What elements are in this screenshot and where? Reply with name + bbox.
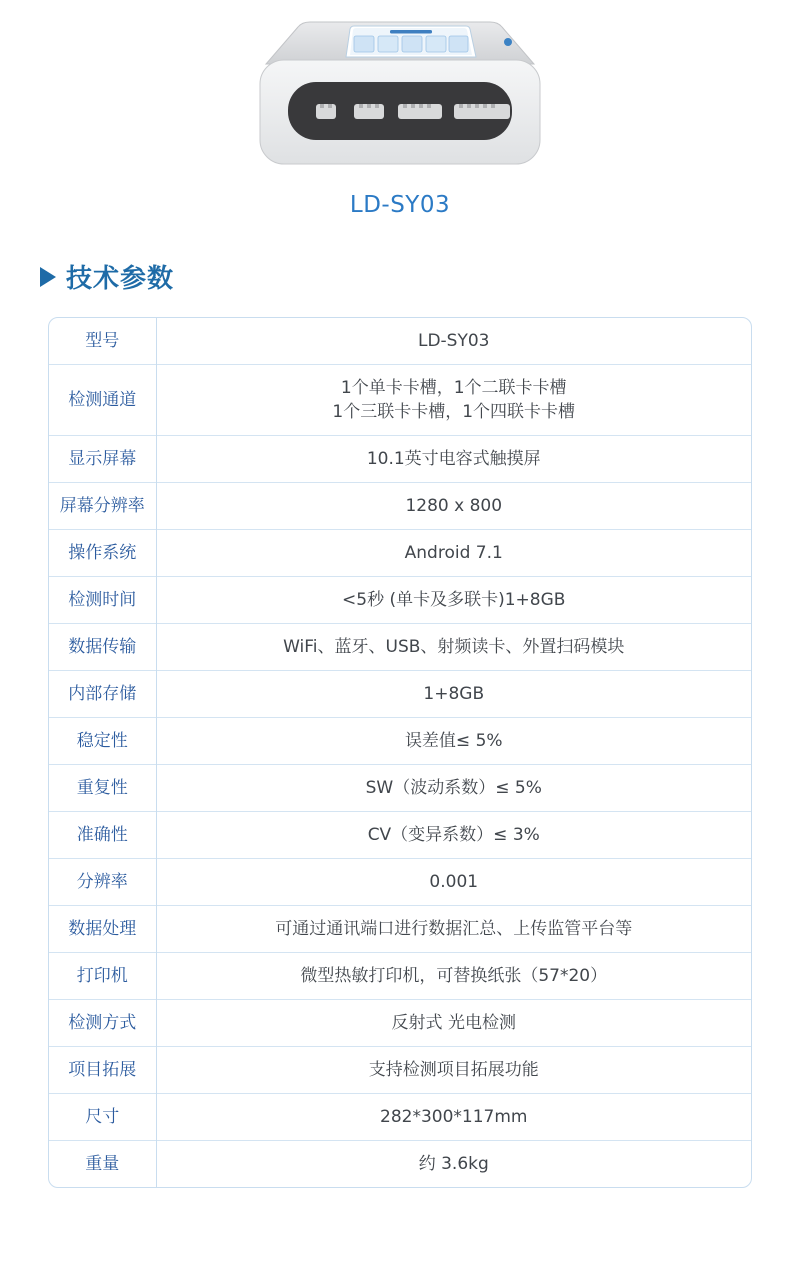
section-title: 技术参数 xyxy=(66,258,174,295)
spec-value: 10.1英寸电容式触摸屏 xyxy=(156,436,751,483)
spec-value: 1个单卡卡槽，1个二联卡卡槽 1个三联卡卡槽，1个四联卡卡槽 xyxy=(156,365,751,436)
table-row: 尺寸 282*300*117mm xyxy=(49,1094,751,1141)
table-row: 稳定性 误差值≤ 5% xyxy=(49,718,751,765)
spec-value: 0.001 xyxy=(156,859,751,906)
spec-label: 重量 xyxy=(49,1141,156,1188)
spec-value: LD-SY03 xyxy=(156,318,751,365)
spec-value: 282*300*117mm xyxy=(156,1094,751,1141)
spec-table-container: 型号 LD-SY03 检测通道 1个单卡卡槽，1个二联卡卡槽 1个三联卡卡槽，1… xyxy=(48,317,752,1188)
table-row: 操作系统 Android 7.1 xyxy=(49,530,751,577)
table-row: 准确性 CV（变异系数）≤ 3% xyxy=(49,812,751,859)
model-caption: LD-SY03 xyxy=(0,192,800,218)
spec-value: 可通过通讯端口进行数据汇总、上传监管平台等 xyxy=(156,906,751,953)
spec-value: 1280 x 800 xyxy=(156,483,751,530)
spec-value: SW（波动系数）≤ 5% xyxy=(156,765,751,812)
table-row: 检测方式 反射式 光电检测 xyxy=(49,1000,751,1047)
table-row: 项目拓展 支持检测项目拓展功能 xyxy=(49,1047,751,1094)
table-row: 打印机 微型热敏打印机，可替换纸张（57*20） xyxy=(49,953,751,1000)
spec-label: 检测方式 xyxy=(49,1000,156,1047)
spec-label: 打印机 xyxy=(49,953,156,1000)
triangle-marker-icon xyxy=(40,267,56,287)
spec-label: 检测时间 xyxy=(49,577,156,624)
spec-value: 反射式 光电检测 xyxy=(156,1000,751,1047)
spec-label: 分辨率 xyxy=(49,859,156,906)
spec-label: 操作系统 xyxy=(49,530,156,577)
table-row: 型号 LD-SY03 xyxy=(49,318,751,365)
spec-value: WiFi、蓝牙、USB、射频读卡、外置扫码模块 xyxy=(156,624,751,671)
spec-label: 尺寸 xyxy=(49,1094,156,1141)
device-illustration xyxy=(250,12,550,172)
spec-label: 准确性 xyxy=(49,812,156,859)
table-row: 数据传输 WiFi、蓝牙、USB、射频读卡、外置扫码模块 xyxy=(49,624,751,671)
table-row: 重量 约 3.6kg xyxy=(49,1141,751,1188)
table-row: 屏幕分辨率 1280 x 800 xyxy=(49,483,751,530)
screen-tiles xyxy=(354,36,468,52)
brand-logo xyxy=(504,38,512,46)
spec-value: CV（变异系数）≤ 3% xyxy=(156,812,751,859)
section-header: 技术参数 xyxy=(40,258,800,295)
table-row: 检测时间 <5秒 (单卡及多联卡)1+8GB xyxy=(49,577,751,624)
spec-value: Android 7.1 xyxy=(156,530,751,577)
spec-label: 稳定性 xyxy=(49,718,156,765)
table-row: 分辨率 0.001 xyxy=(49,859,751,906)
spec-label: 数据传输 xyxy=(49,624,156,671)
spec-table: 型号 LD-SY03 检测通道 1个单卡卡槽，1个二联卡卡槽 1个三联卡卡槽，1… xyxy=(49,318,751,1187)
table-row: 检测通道 1个单卡卡槽，1个二联卡卡槽 1个三联卡卡槽，1个四联卡卡槽 xyxy=(49,365,751,436)
screen-title-bar xyxy=(390,30,432,34)
spec-label: 内部存储 xyxy=(49,671,156,718)
spec-value: 1+8GB xyxy=(156,671,751,718)
spec-label: 屏幕分辨率 xyxy=(49,483,156,530)
product-image xyxy=(0,0,800,176)
table-row: 重复性 SW（波动系数）≤ 5% xyxy=(49,765,751,812)
spec-value: 支持检测项目拓展功能 xyxy=(156,1047,751,1094)
spec-label: 重复性 xyxy=(49,765,156,812)
table-row: 内部存储 1+8GB xyxy=(49,671,751,718)
table-row: 数据处理 可通过通讯端口进行数据汇总、上传监管平台等 xyxy=(49,906,751,953)
spec-label: 型号 xyxy=(49,318,156,365)
spec-label: 数据处理 xyxy=(49,906,156,953)
spec-label: 检测通道 xyxy=(49,365,156,436)
spec-value: 微型热敏打印机，可替换纸张（57*20） xyxy=(156,953,751,1000)
table-row: 显示屏幕 10.1英寸电容式触摸屏 xyxy=(49,436,751,483)
spec-value: <5秒 (单卡及多联卡)1+8GB xyxy=(156,577,751,624)
spec-table-body: 型号 LD-SY03 检测通道 1个单卡卡槽，1个二联卡卡槽 1个三联卡卡槽，1… xyxy=(49,318,751,1187)
spec-value: 误差值≤ 5% xyxy=(156,718,751,765)
spec-value: 约 3.6kg xyxy=(156,1141,751,1188)
spec-label: 显示屏幕 xyxy=(49,436,156,483)
spec-label: 项目拓展 xyxy=(49,1047,156,1094)
